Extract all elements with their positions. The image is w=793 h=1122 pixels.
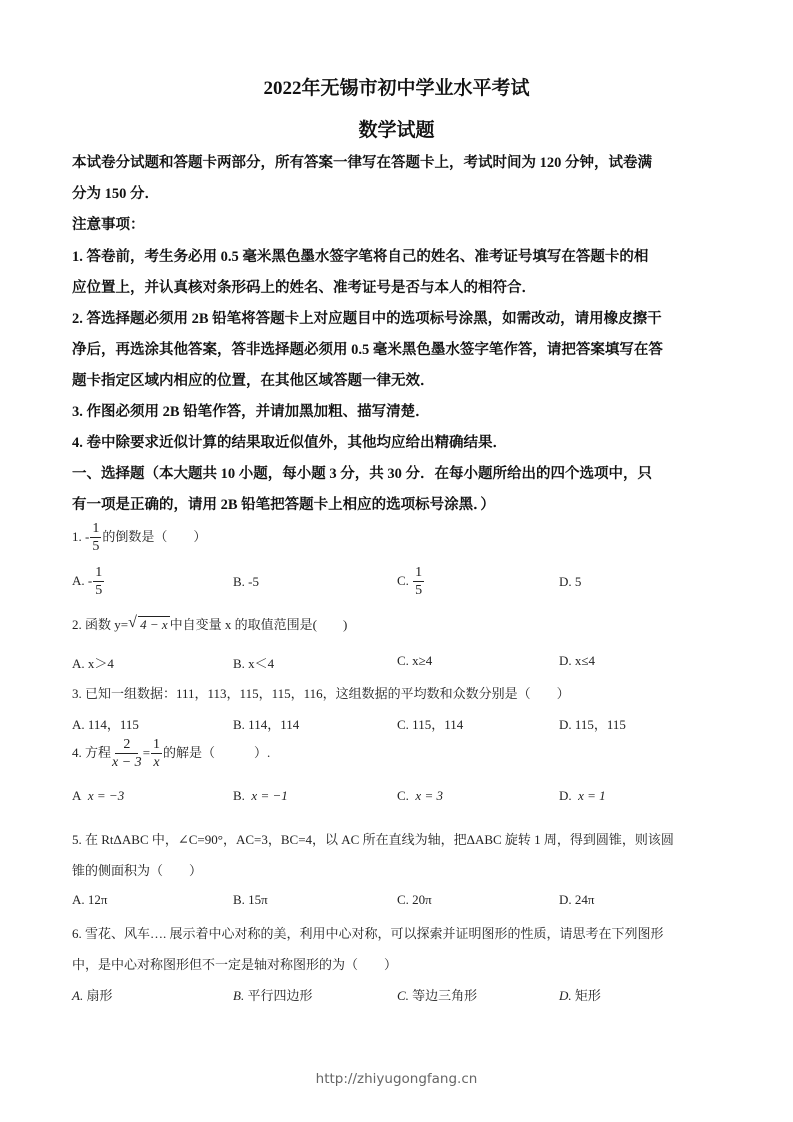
q5-option-c[interactable]: C. 20π	[397, 892, 432, 908]
fraction: 2x − 3	[112, 738, 142, 770]
note-2-line-1: 2. 答选择题必须用 2B 铅笔将答题卡上对应题目中的选项标号涂黑，如需改动，请…	[72, 307, 662, 328]
q5-option-b[interactable]: B. 15π	[233, 892, 268, 908]
square-root: √4 − x	[128, 617, 170, 633]
q3-option-b[interactable]: B. 114，114	[233, 714, 299, 733]
fraction: 15	[93, 566, 104, 598]
q1-option-c[interactable]: C. 15	[397, 566, 425, 598]
note-1-line-1: 1. 答卷前，考生务必用 0.5 毫米黑色墨水签字笔将自己的姓名、准考证号填写在…	[72, 245, 648, 266]
q6-option-c[interactable]: C. 等边三角形	[397, 985, 477, 1004]
intro-line-1: 本试卷分试题和答题卡两部分，所有答案一律写在答题卡上，考试时间为 120 分钟，…	[72, 151, 652, 172]
q1-option-a[interactable]: A. -15	[72, 566, 105, 598]
note-2-line-2: 净后，再选涂其他答案，答非选择题必须用 0.5 毫米黑色墨水签字笔作答，请把答案…	[72, 338, 663, 359]
fraction: 1x	[151, 738, 162, 770]
note-3: 3. 作图必须用 2B 铅笔作答，并请加黑加粗、描写清楚．	[72, 400, 430, 421]
intro-line-2: 分为 150 分．	[72, 182, 159, 203]
question-5-line-2: 锥的侧面积为（ ）	[72, 860, 202, 879]
notes-heading: 注意事项：	[72, 213, 145, 234]
q6-option-d[interactable]: D. 矩形	[559, 985, 601, 1004]
q2-option-c[interactable]: C. x≥4	[397, 653, 432, 669]
question-1: 1. -15的倒数是（ ）	[72, 522, 206, 554]
q3-option-a[interactable]: A. 114，115	[72, 714, 139, 733]
section-header-line-1: 一、选择题（本大题共 10 小题，每小题 3 分，共 30 分．在每小题所给出的…	[72, 462, 652, 483]
question-5-line-1: 5. 在 RtΔABC 中，∠C=90°，AC=3，BC=4，以 AC 所在直线…	[72, 829, 674, 848]
q1-option-b[interactable]: B. -5	[233, 574, 259, 590]
q5-option-a[interactable]: A. 12π	[72, 892, 107, 908]
q4-option-a[interactable]: A x = −3	[72, 788, 124, 804]
question-4: 4. 方程2x − 3=1x的解是（ ）.	[72, 738, 270, 770]
q6-option-b[interactable]: B. 平行四边形	[233, 985, 312, 1004]
note-4: 4. 卷中除要求近似计算的结果取近似值外，其他均应给出精确结果．	[72, 431, 507, 452]
q4-option-b[interactable]: B. x = −1	[233, 788, 288, 804]
section-header-line-2: 有一项是正确的，请用 2B 铅笔把答题卡上相应的选项标号涂黑．）	[72, 493, 495, 514]
q3-option-d[interactable]: D. 115，115	[559, 714, 626, 733]
question-6-line-1: 6. 雪花、风车…. 展示着中心对称的美，利用中心对称，可以探索并证明图形的性质…	[72, 923, 664, 942]
q2-option-a[interactable]: A. x＞4	[72, 653, 114, 672]
q2-option-d[interactable]: D. x≤4	[559, 653, 595, 669]
footer-url: http://zhiyugongfang.cn	[0, 1071, 793, 1087]
question-stem: 的倒数是（ ）	[102, 529, 206, 544]
exam-title: 2022年无锡市初中学业水平考试	[0, 73, 793, 100]
fraction: 15	[90, 522, 101, 554]
question-3: 3. 已知一组数据：111，113，115，115，116，这组数据的平均数和众…	[72, 683, 570, 702]
q1-option-d[interactable]: D. 5	[559, 574, 581, 590]
question-number: 1.	[72, 529, 82, 544]
q4-option-c[interactable]: C. x = 3	[397, 788, 443, 804]
q4-option-d[interactable]: D. x = 1	[559, 788, 606, 804]
exam-subtitle: 数学试题	[0, 115, 793, 142]
note-2-line-3: 题卡指定区域内相应的位置，在其他区域答题一律无效．	[72, 369, 435, 390]
q5-option-d[interactable]: D. 24π	[559, 892, 594, 908]
question-6-line-2: 中，是中心对称图形但不一定是轴对称图形的为（ ）	[72, 954, 397, 973]
note-1-line-2: 应位置上，并认真核对条形码上的姓名、准考证号是否与本人的相符合．	[72, 276, 536, 297]
question-2: 2. 函数 y=√4 − x中自变量 x 的取值范围是( )	[72, 614, 347, 633]
q2-option-b[interactable]: B. x＜4	[233, 653, 274, 672]
fraction: 15	[413, 566, 424, 598]
q6-option-a[interactable]: A. 扇形	[72, 985, 112, 1004]
q3-option-c[interactable]: C. 115，114	[397, 714, 463, 733]
